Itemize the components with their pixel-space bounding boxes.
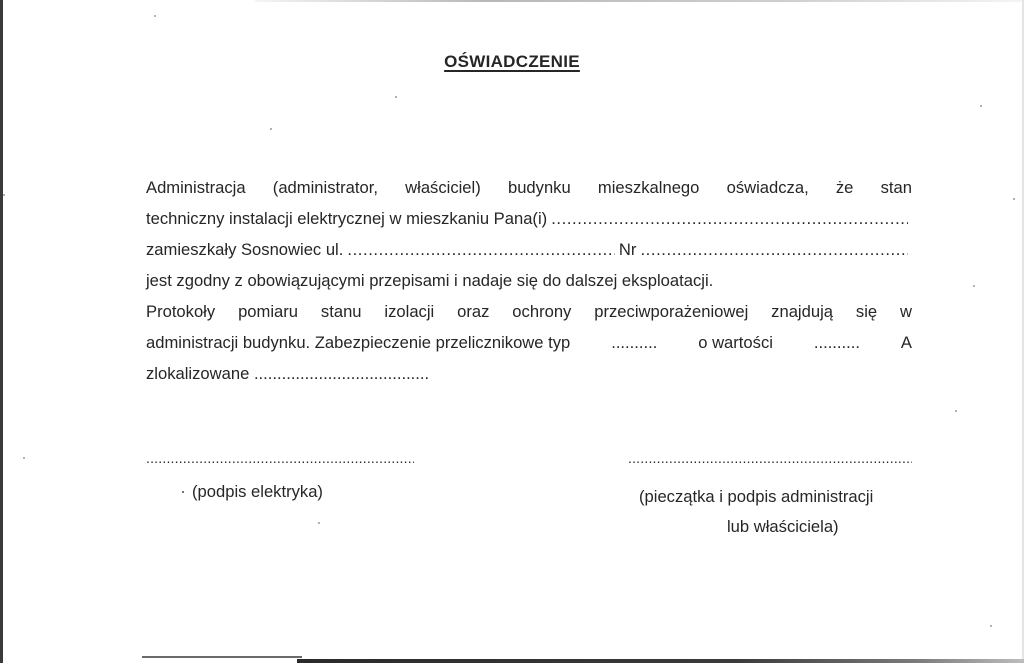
fuse-type-label: administracji budynku. Zabezpieczenie pr… [146,327,570,358]
tenant-name-field[interactable] [551,203,908,234]
scan-speck [182,491,184,493]
document-title-text: OŚWIADCZENIE [444,52,580,71]
scan-bottom-thin-line [142,656,302,658]
fuse-value-field[interactable]: .......... [814,327,860,358]
administration-signature-line[interactable] [628,450,912,466]
scan-speck [270,128,272,130]
scan-speck [973,285,975,287]
tenant-label: techniczny instalacji elektrycznej w mie… [146,203,547,234]
administration-signature-label-1: (pieczątka i podpis administracji [639,487,873,506]
location-label: zlokalizowane [146,364,249,383]
ampere-unit: A [901,327,912,358]
location-field[interactable]: ...................................... [254,364,429,383]
body-line-3: zamieszkały Sosnowiec ul. Nr [146,234,912,265]
scan-speck [980,105,982,107]
declaration-body: Administracja (administrator, właściciel… [146,172,912,389]
scan-left-edge [0,0,3,663]
scan-speck [3,194,5,196]
scan-top-edge [255,0,1024,2]
administration-signature-caption: (pieczątka i podpis administracji lub wł… [639,482,873,542]
street-label: zamieszkały Sosnowiec ul. [146,234,343,265]
document-title: OŚWIADCZENIE [0,52,1024,72]
body-line-6: administracji budynku. Zabezpieczenie pr… [146,327,912,358]
body-line-5: Protokoły pomiaru stanu izolacji oraz oc… [146,296,912,327]
body-line-1: Administracja (administrator, właściciel… [146,172,912,203]
street-field[interactable] [347,234,615,265]
electrician-signature-caption: (podpis elektryka) [192,482,323,502]
electrician-signature-line[interactable] [146,450,414,466]
body-line-4: jest zgodny z obowiązującymi przepisami … [146,265,912,296]
scan-speck [154,15,156,17]
scan-speck [990,625,992,627]
scan-speck [1013,198,1015,200]
electrician-signature-label: (podpis elektryka) [192,482,323,501]
scan-speck [318,522,320,524]
number-label: Nr [619,234,637,265]
body-line-7: zlokalizowane ..........................… [146,358,912,389]
scan-speck [23,457,25,459]
number-field[interactable] [640,234,908,265]
scan-speck [395,96,397,98]
body-line-2: techniczny instalacji elektrycznej w mie… [146,203,912,234]
scan-speck [955,410,957,412]
scan-bottom-edge [142,656,1024,663]
administration-signature-label-2: lub właściciela) [639,512,873,542]
scan-bottom-thick-line [297,659,1024,663]
fuse-type-field[interactable]: .......... [611,327,657,358]
fuse-value-label: o wartości [698,327,773,358]
